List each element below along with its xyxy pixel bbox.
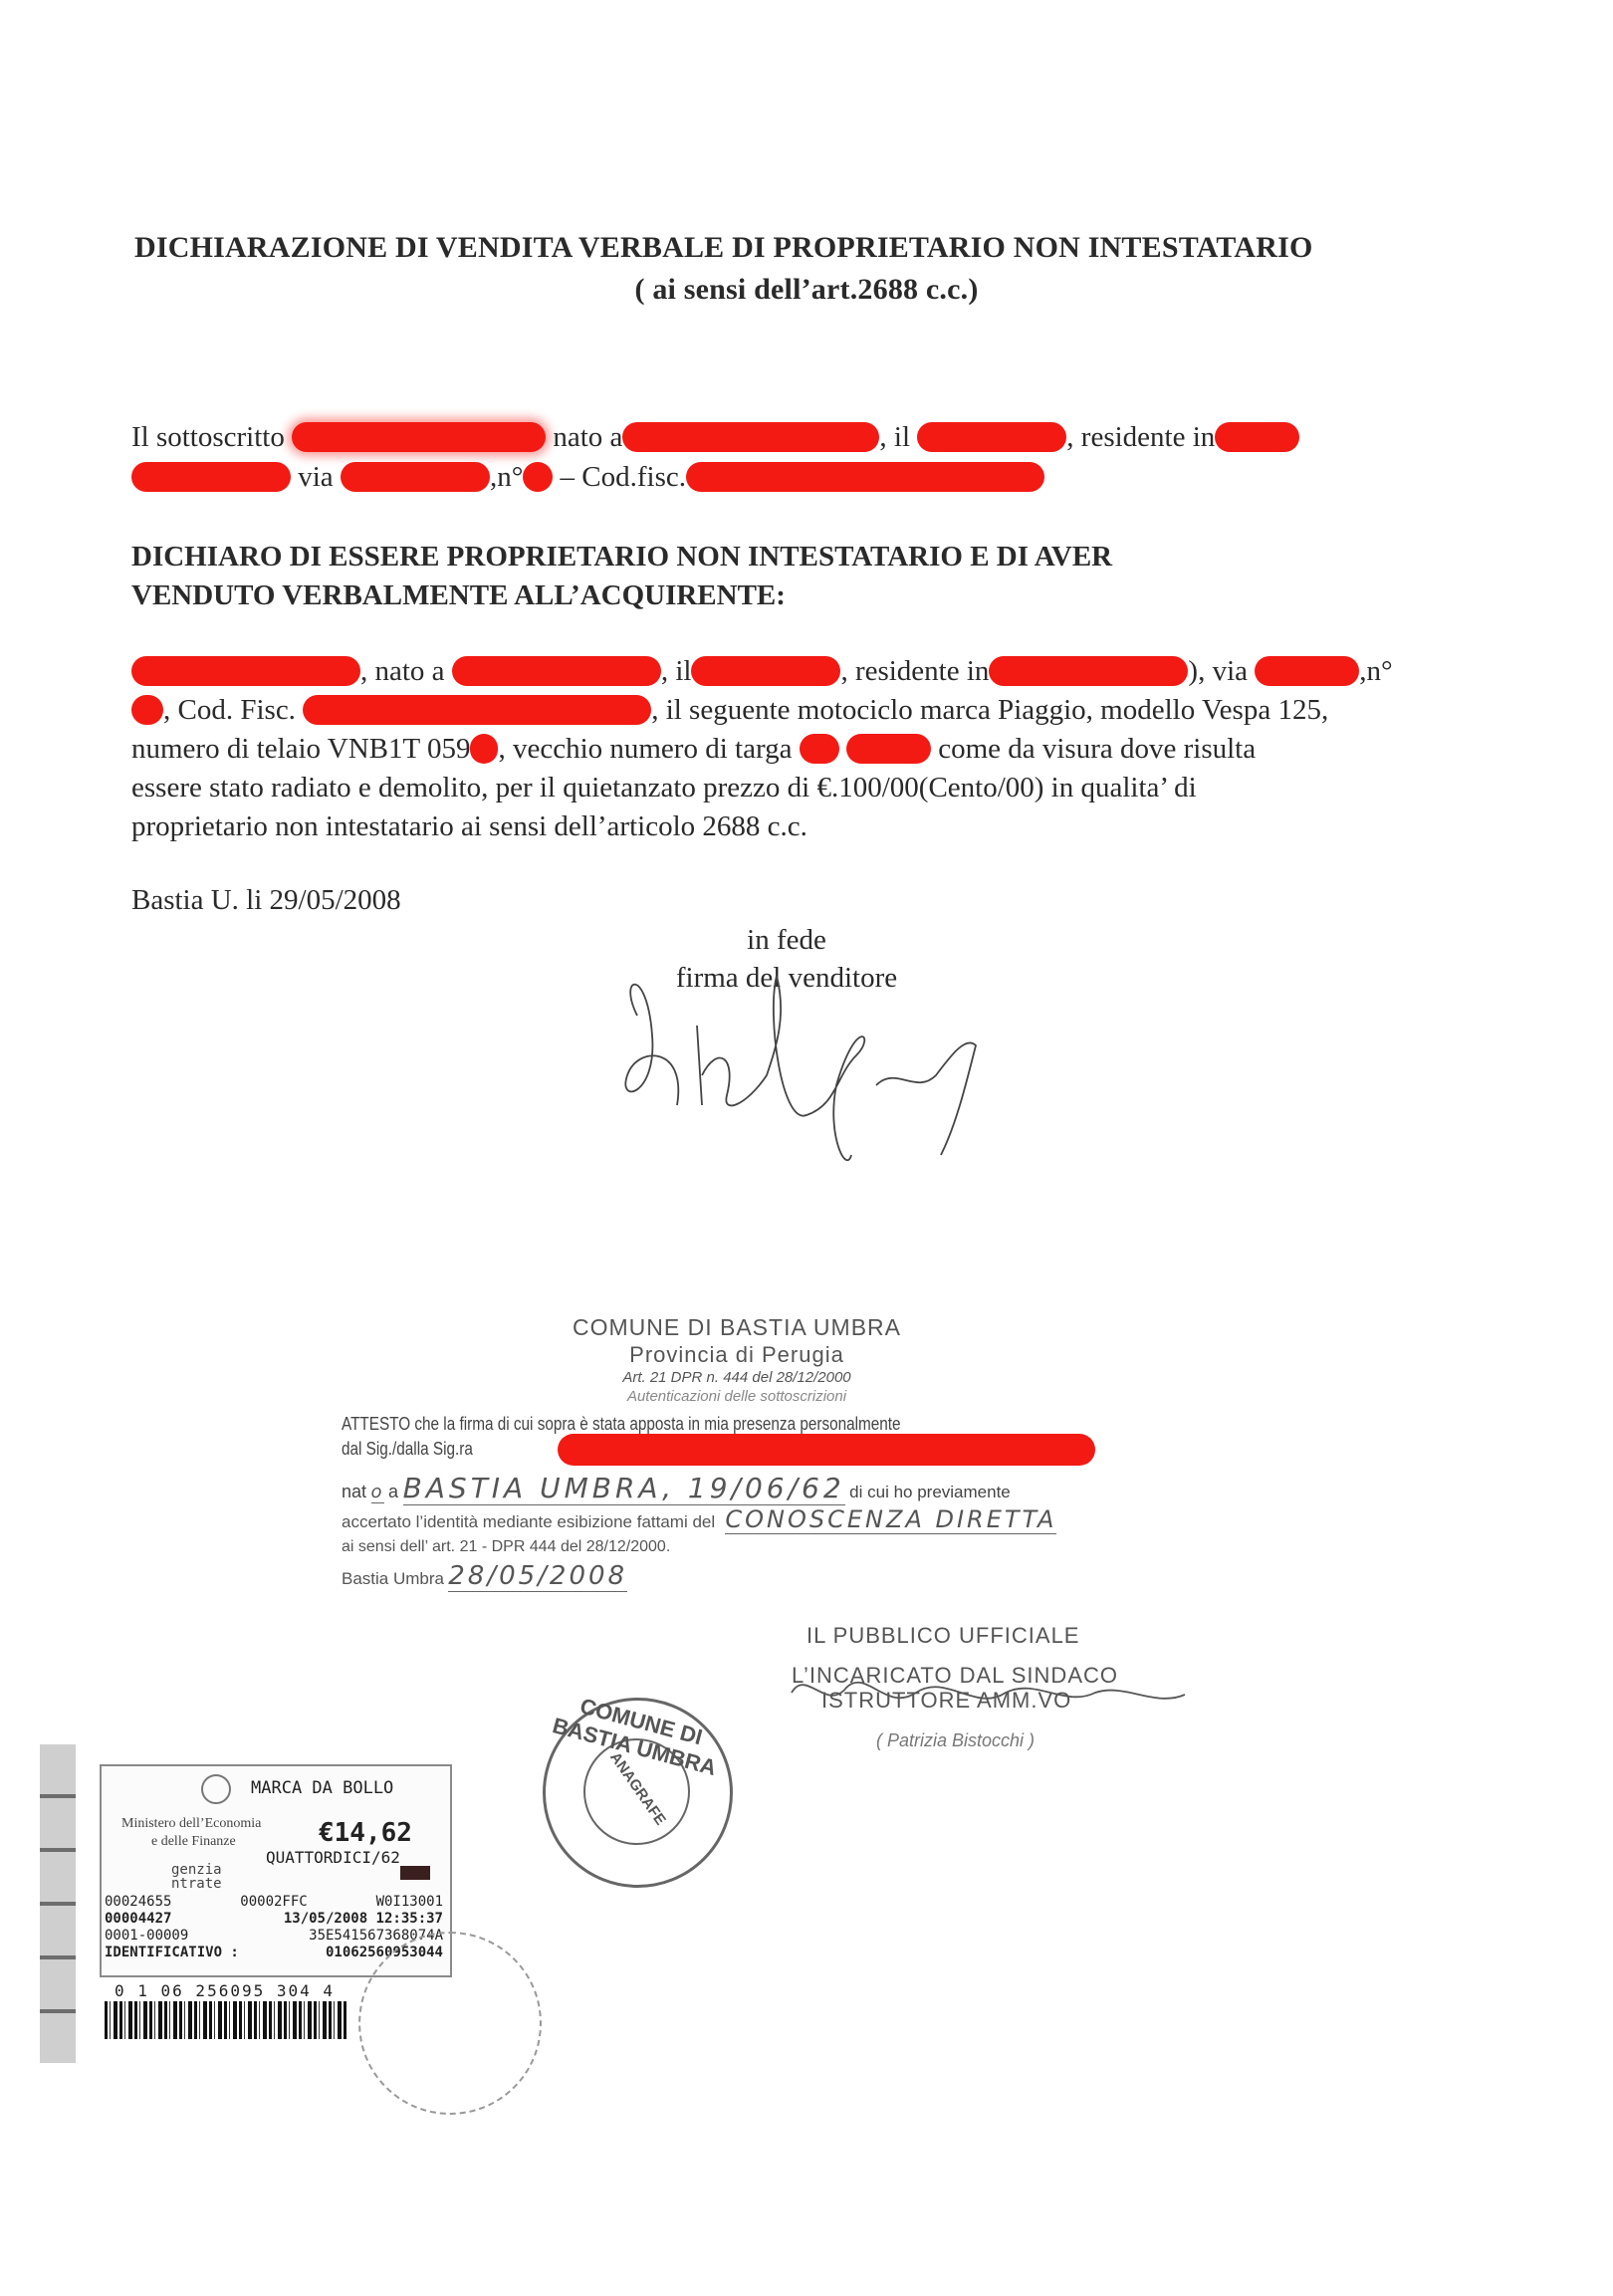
buyer-line-5: proprietario non intestatario ai sensi d… [131,807,1486,846]
id-method: CONOSCENZA DIRETTA [725,1505,1056,1534]
redaction [622,422,879,452]
nat-line: nat o a BASTIA UMBRA, 19/06/62 di cui ho… [342,1472,1011,1504]
barcode-icon [105,2001,348,2039]
emblem-icon [201,1774,231,1804]
redaction [691,656,840,686]
auth-date-line: Bastia Umbra 28/05/2008 [342,1561,627,1591]
redaction [292,422,546,452]
official-title: IL PUBBLICO UFFICIALE [806,1623,1079,1649]
seller-line-1: Il sottoscritto nato a, il , residente i… [131,418,1486,457]
redaction [558,1434,1095,1466]
official-signature-icon [787,1663,1205,1722]
redaction [989,656,1188,686]
redaction [1215,422,1299,452]
auth-date: 28/05/2008 [448,1561,627,1592]
declaration-line-1: DICHIARO DI ESSERE PROPRIETARIO NON INTE… [131,538,1486,576]
seller-line-2: via ,n° – Cod.fisc. [131,458,1486,497]
buyer-line-3: numero di telaio VNB1T 059, vecchio nume… [131,730,1486,769]
redaction [523,462,553,492]
in-fede: in fede [657,921,916,960]
auth-header-provincia: Provincia di Perugia [528,1342,946,1368]
accertato-line: accertato l’identità mediante esibizione… [342,1505,1056,1533]
stamp-title: MARCA DA BOLLO [251,1778,393,1798]
redaction [846,734,931,764]
auth-header-comune: COMUNE DI BASTIA UMBRA [528,1314,946,1341]
round-stamp: COMUNE DI BASTIA UMBRA ANAGRAFE [543,1698,733,1888]
document-subtitle: ( ai sensi dell’art.2688 c.c.) [0,273,1613,307]
redaction [131,695,163,725]
redaction [303,695,651,725]
redaction [800,734,839,764]
redaction [917,422,1066,452]
redaction [131,462,291,492]
birth-place-date: BASTIA UMBRA, 19/06/62 [403,1472,845,1505]
barcode-number: 0 1 06 256095 304 4 [115,1981,335,2000]
buyer-line-1: , nato a , il, residente in), via ,n° [131,652,1486,691]
seller-signature-icon [607,956,1055,1175]
stamp-amount-words: QUATTORDICI/62 [266,1848,400,1867]
document-title: DICHIARAZIONE DI VENDITA VERBALE DI PROP… [134,231,1469,265]
redaction [686,462,1044,492]
stamp-amount: €14,62 [319,1818,412,1848]
buyer-line-2: , Cod. Fisc. , il seguente motociclo mar… [131,691,1486,730]
dal-sig-label: dal Sig./dalla Sig.ra [342,1439,473,1460]
redaction [1255,656,1359,686]
place-date: Bastia U. li 29/05/2008 [131,881,1486,920]
ai-sensi: ai sensi dell’ art. 21 - DPR 444 del 28/… [342,1538,670,1556]
redaction [131,656,360,686]
postmark-icon [358,1932,542,2115]
redaction [452,656,661,686]
buyer-line-4: essere stato radiato e demolito, per il … [131,769,1486,807]
auth-header-subtitle: Autenticazioni delle sottoscrizioni [528,1388,946,1405]
official-name: ( Patrizia Bistocchi ) [876,1730,1035,1751]
redaction [470,734,498,764]
redaction [341,462,490,492]
auth-header-law: Art. 21 DPR n. 444 del 28/12/2000 [528,1369,946,1386]
stamp-perforation-strip [40,1744,76,2063]
attesto-text: ATTESTO che la firma di cui sopra è stat… [342,1414,901,1435]
declaration-line-2: VENDUTO VERBALMENTE ALL’ACQUIRENTE: [131,576,1486,615]
mark-icon [400,1866,430,1880]
